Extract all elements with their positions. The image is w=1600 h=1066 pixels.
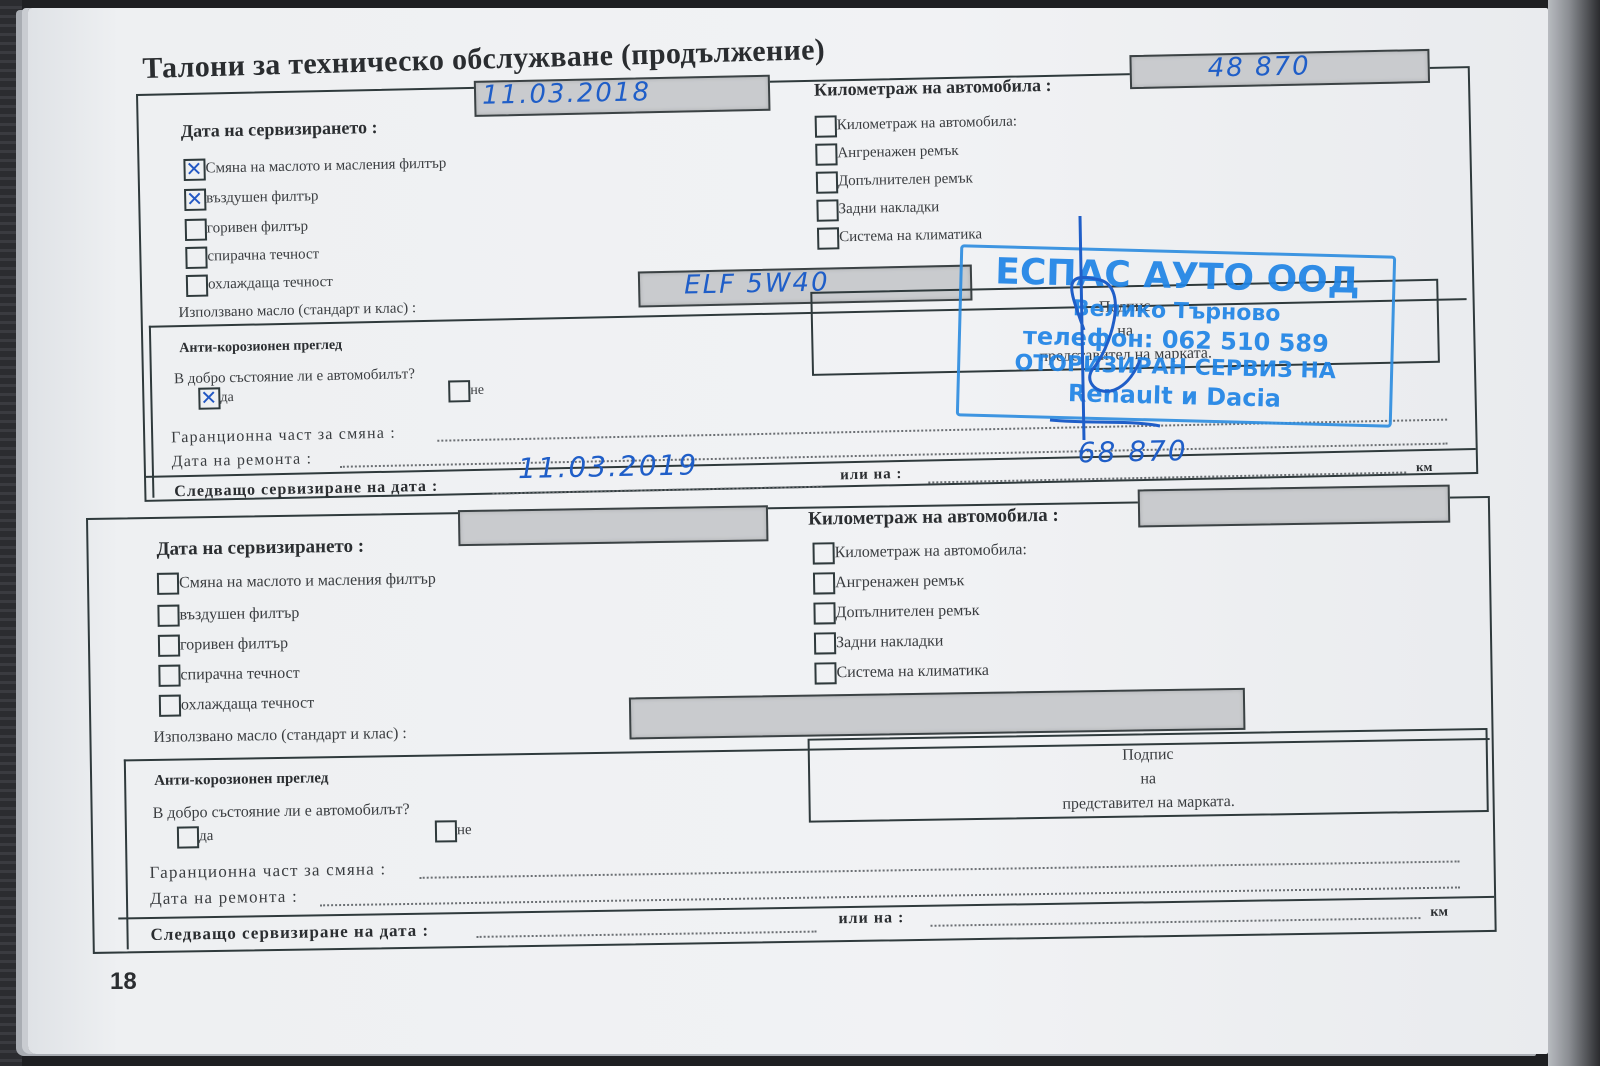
check-rear-pads[interactable]: Задни накладки — [814, 633, 944, 653]
page-number: 18 — [110, 968, 137, 996]
used-oil-value: ELF 5W40 — [684, 268, 830, 301]
next-service-km-line[interactable] — [930, 917, 1420, 927]
checkbox[interactable] — [184, 188, 206, 210]
checkbox[interactable] — [158, 665, 180, 687]
check-timing-belt[interactable]: Ангренажен ремък — [813, 572, 964, 592]
or-at-label: или на : — [838, 909, 904, 928]
service-coupon-2: Дата на сервизирането : Километраж на ав… — [86, 496, 1497, 954]
check-brake-fluid[interactable]: спирачна течност — [185, 246, 319, 266]
check-coolant[interactable]: охлаждаща течност — [186, 274, 333, 294]
checkbox[interactable] — [183, 158, 205, 180]
km-unit: км — [1430, 905, 1448, 921]
check-oil-filter[interactable]: Смяна на маслото и масления филтър — [157, 571, 436, 593]
check-air-conditioning[interactable]: Система на климатика — [814, 662, 989, 683]
check-mileage[interactable]: Километраж на автомобила: — [815, 114, 1018, 135]
used-oil-field[interactable] — [629, 688, 1246, 740]
mileage-label: Километраж на автомобила : — [808, 505, 1059, 531]
next-service-date-label: Следващо сервизиране на дата : — [150, 921, 429, 945]
check-fuel-filter[interactable]: горивен филтър — [185, 218, 309, 238]
condition-no[interactable]: не — [435, 822, 472, 840]
condition-yes[interactable]: да — [177, 828, 214, 846]
checkbox[interactable] — [157, 605, 179, 627]
mileage-label: Километраж на автомобила : — [814, 75, 1052, 101]
checkbox[interactable] — [185, 218, 207, 240]
signature-box[interactable]: Подпис на представител на марката. — [808, 728, 1489, 823]
checkbox[interactable] — [813, 572, 835, 594]
check-air-filter[interactable]: въздушен филтър — [184, 188, 319, 208]
checkbox[interactable] — [813, 602, 835, 624]
checkbox[interactable] — [186, 274, 208, 296]
check-air-filter[interactable]: въздушен филтър — [157, 605, 299, 625]
checkbox[interactable] — [815, 143, 837, 165]
checkbox[interactable] — [157, 573, 179, 595]
used-oil-label: Използвано масло (стандарт и клас) : — [153, 725, 407, 747]
checkbox[interactable] — [817, 227, 839, 249]
checkbox[interactable] — [815, 115, 837, 137]
check-fuel-filter[interactable]: горивен филтър — [158, 635, 288, 655]
check-mileage[interactable]: Километраж на автомобила: — [813, 541, 1028, 562]
or-at-label: или на : — [840, 466, 903, 484]
next-service-date-line[interactable] — [477, 931, 817, 938]
binder-spine — [0, 0, 22, 1066]
km-unit: км — [1416, 459, 1433, 475]
checkbox[interactable] — [177, 826, 199, 848]
check-timing-belt[interactable]: Ангренажен ремък — [815, 143, 958, 163]
check-brake-fluid[interactable]: спирачна течност — [158, 665, 299, 685]
service-date-field[interactable] — [458, 505, 769, 546]
used-oil-label: Използвано масло (стандарт и клас) : — [178, 300, 416, 322]
check-rear-pads[interactable]: Задни накладки — [816, 199, 939, 219]
check-air-conditioning[interactable]: Система на климатика — [817, 226, 982, 246]
next-service-date-value: 11.03.2019 — [518, 448, 699, 485]
warranty-part-label: Гаранционна част за смяна : — [149, 859, 386, 883]
facing-page-edge — [1548, 0, 1600, 1066]
repair-date-label: Дата на ремонта : — [150, 887, 298, 909]
checkbox[interactable] — [814, 662, 836, 684]
check-oil-filter[interactable]: Смяна на маслото и масления филтър — [183, 156, 446, 178]
check-auxiliary-belt[interactable]: Допълнителен ремък — [816, 170, 973, 190]
checkbox[interactable] — [158, 635, 180, 657]
mileage-field[interactable] — [1138, 485, 1451, 528]
checkbox[interactable] — [435, 820, 457, 842]
anticorrosion-title: Анти-корозионен преглед — [179, 338, 342, 357]
checkbox[interactable] — [816, 199, 838, 221]
handwritten-signature — [1040, 210, 1180, 450]
check-coolant[interactable]: охлаждаща течност — [159, 694, 314, 714]
checkbox[interactable] — [448, 380, 470, 402]
service-date-label: Дата на сервизирането : — [181, 117, 378, 142]
checkbox[interactable] — [198, 387, 220, 409]
checkbox[interactable] — [159, 695, 181, 717]
condition-yes[interactable]: да — [198, 390, 234, 407]
checkbox[interactable] — [812, 542, 834, 564]
checkbox[interactable] — [816, 171, 838, 193]
checkbox[interactable] — [185, 246, 207, 268]
checkbox[interactable] — [814, 632, 836, 654]
check-auxiliary-belt[interactable]: Допълнителен ремък — [813, 602, 979, 623]
mileage-value: 48 870 — [1207, 51, 1311, 83]
anticorrosion-title: Анти-корозионен преглед — [154, 770, 329, 790]
service-date-value: 11.03.2018 — [482, 77, 651, 111]
service-date-field[interactable]: 11.03.2018 — [474, 75, 771, 117]
condition-no[interactable]: не — [448, 383, 484, 400]
repair-date-label: Дата на ремонта : — [172, 450, 313, 471]
mileage-field[interactable]: 48 870 — [1129, 49, 1430, 89]
service-date-label: Дата на сервизирането : — [156, 536, 364, 561]
